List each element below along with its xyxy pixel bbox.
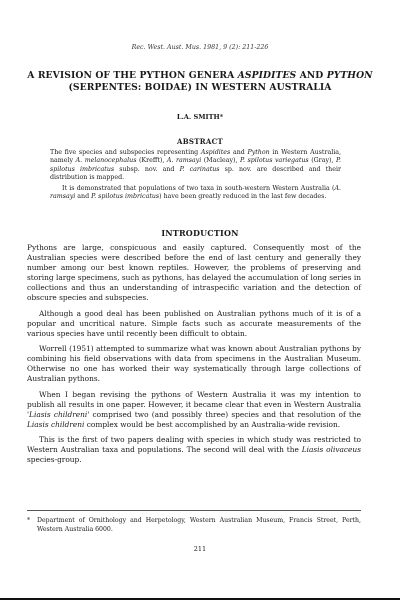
- title-line2: (SERPENTES: BOIDAE) IN WESTERN AUSTRALIA: [68, 82, 331, 93]
- paper-page: Rec. West. Aust. Mus. 1981, 9 (2): 211-2…: [0, 0, 400, 600]
- abstract: The five species and subspecies represen…: [50, 149, 341, 205]
- introduction-heading: INTRODUCTION: [0, 228, 400, 238]
- footnote-mark: *: [27, 517, 30, 526]
- footnote-text: Department of Ornithology and Herpetolog…: [37, 517, 361, 533]
- abstract-paragraph: The five species and subspecies represen…: [50, 149, 341, 182]
- body-paragraph: When I began revising the pythons of Wes…: [27, 390, 361, 430]
- body-paragraph: Although a good deal has been published …: [27, 309, 361, 339]
- body-paragraph: Worrell (1951) attempted to summarize wh…: [27, 344, 361, 384]
- paper-title: A REVISION OF THE PYTHON GENERA ASPIDITE…: [20, 70, 380, 94]
- abstract-heading: ABSTRACT: [0, 137, 400, 146]
- journal-citation: Rec. West. Aust. Mus. 1981, 9 (2): 211-2…: [0, 44, 400, 51]
- title-line1: A REVISION OF THE PYTHON GENERA ASPIDITE…: [27, 70, 372, 81]
- footnote-divider: [27, 510, 361, 511]
- abstract-paragraph: It is demonstrated that populations of t…: [50, 185, 341, 202]
- introduction-body: Pythons are large, conspicuous and easil…: [27, 243, 361, 471]
- author: L.A. SMITH*: [0, 113, 400, 121]
- body-paragraph: This is the first of two papers dealing …: [27, 435, 361, 465]
- page-number: 211: [0, 545, 400, 553]
- body-paragraph: Pythons are large, conspicuous and easil…: [27, 243, 361, 303]
- author-affiliation-footnote: * Department of Ornithology and Herpetol…: [27, 517, 361, 534]
